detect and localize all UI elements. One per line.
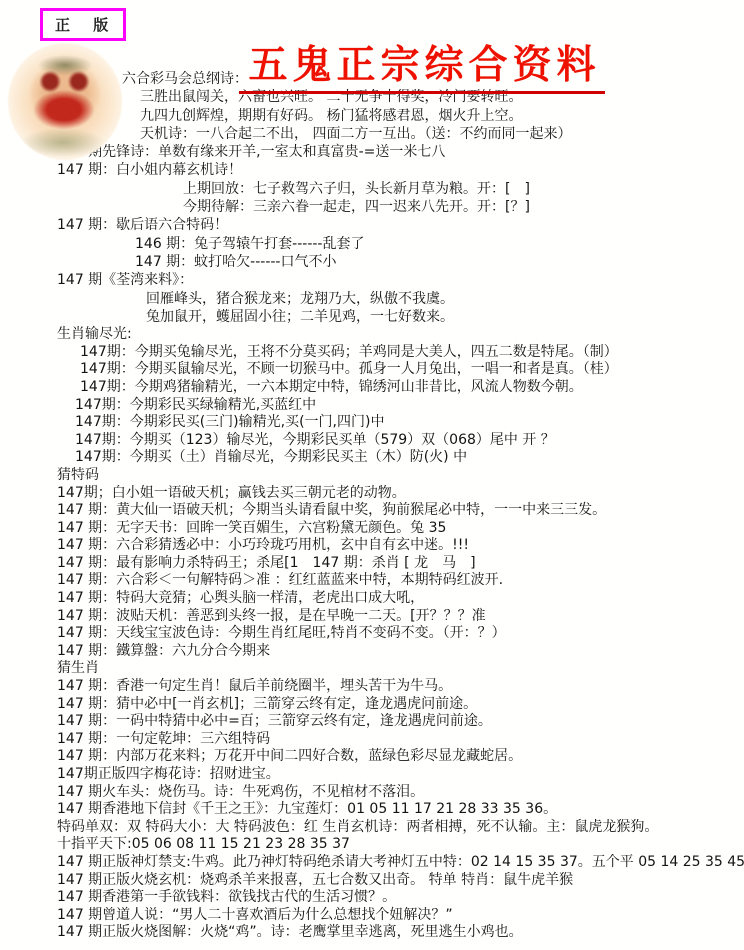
- text-line: 147 期：猜中必中[一肖玄机]；三箭穿云终有定，逢龙遇虎问前途。: [0, 696, 744, 714]
- text-line: 147 期：一码中特猜中必中=百；三箭穿云终有定，逢龙遇虎问前途。: [0, 713, 744, 731]
- text-line: 147 期：鐵算盤：六九分合今期来: [0, 643, 744, 661]
- text-line: 回雁峰头，猪合猴龙来；龙翔乃大，纵傲不我虞。: [0, 290, 744, 308]
- text-line: 147 期：六合彩＜一句解特码＞准 ：红红蓝蓝来中特，本期特码红波开.: [0, 572, 744, 590]
- text-line: 147期：今期买（123）输尽光，今期彩民买单（579）双（068）尾中 开 ？: [0, 432, 744, 450]
- text-line: 147 期：一句定乾坤：三六组特码: [0, 731, 744, 749]
- text-line: 147期：今期买（土）肖输尽光，今期彩民买主（木）防(火) 中: [0, 449, 744, 467]
- text-line: 146 期：兔子驾辕午打套------乱套了: [0, 235, 744, 253]
- text-line: 十指平天下:05 06 08 11 15 21 23 28 35 37: [0, 836, 744, 854]
- text-line: 147 期：白小姐内幕玄机诗！: [0, 161, 744, 179]
- text-line: 147 期火车头：烧伤马。诗：牛死鸡伤，不见棺材不落泪。: [0, 784, 744, 802]
- content-body: 六合彩马会总纲诗： 三胜出鼠闯关，六畜也兴旺。 二十无争十得奖，冷门要转旺。 九…: [0, 70, 744, 942]
- text-line: 147 期曾道人说：“男人二十喜欢酒后为什么总想找个妞解决？”: [0, 907, 744, 925]
- text-line: 147 期先锋诗：单数有缘来开羊,一室太和真富贵-=送一米七八: [0, 143, 744, 161]
- text-line: 147期：今期彩民买(三门)输精光,买(一门,四门)中: [0, 414, 744, 432]
- text-line: 147 期：天线宝宝波色诗：今期生肖红尾旺,特肖不变码不变。（开：？）: [0, 625, 744, 643]
- text-line: 兔加鼠开，蠖屈固小往；二羊见鸡，一七好数来。: [0, 308, 744, 326]
- section-heading-cai-tema: 猜特码: [0, 467, 744, 485]
- lottery-info-page: 正 版 五鬼正宗综合资料 六合彩马会总纲诗： 三胜出鼠闯关，六畜也兴旺。 二十无…: [0, 0, 744, 950]
- text-line: 147 期正版火烧玄机：烧鸡杀羊来报喜，五七合数又出奇。 特单 特肖：鼠牛虎羊猴: [0, 872, 744, 890]
- text-line: 147期：今期鸡猪输精光，一六本期定中特，锦绣河山非昔比，风流人物数今朝。: [0, 379, 744, 397]
- section-heading-cai-shengxiao: 猜生肖: [0, 660, 744, 678]
- text-line: 147 期正版神灯禁支:牛鸡。此乃神灯特码绝杀请大考神灯五中特：02 14 15…: [0, 854, 744, 872]
- section-heading-shengxiao: 生肖输尽光:: [0, 326, 744, 344]
- text-line: 147 期：黄大仙一语破天机；今期当头请看鼠中奖，狗前猴尾必中特，一一中来三三发…: [0, 502, 744, 520]
- text-line: 147 期：无字天书：回眸一笑百媚生，六宫粉黛无颜色。兔 35: [0, 520, 744, 538]
- text-line: 147 期《荃湾来料》：: [0, 271, 744, 289]
- text-line: 147 期：香港一句定生肖！鼠后羊前绕圈半，埋头苦干为牛马。: [0, 678, 744, 696]
- text-line: 147 期：特码大竞猜；心舆头脑一样清，老虎出口成大吼，: [0, 590, 744, 608]
- text-line: 147 期：最有影响力杀特码王；杀尾[1 147 期：杀肖 [ 龙 马 ]: [0, 555, 744, 573]
- text-line: 147 期香港地下信封《千王之王》：九宝莲灯：01 05 11 17 21 28…: [0, 801, 744, 819]
- text-line: 147 期：内部万花来料；万花开中间二四好合数，蓝绿色彩尽显龙藏蛇居。: [0, 748, 744, 766]
- text-line: 147 期：歇后语六合特码！: [0, 216, 744, 234]
- text-line: 147期：今期彩民买绿输精光,买蓝红中: [0, 397, 744, 415]
- text-line: 147期：今期买兔输尽光，王将不分莫买码；羊鸡同是大美人，四五二数是特尾。（制）: [0, 344, 744, 362]
- text-line: 147 期正版火烧图解：火烧“鸡”。诗：老鹰掌里幸逃离，死里逃生小鸡也。: [0, 924, 744, 942]
- text-line: 147 期香港第一手欲钱料：欲钱找古代的生活习惯？。: [0, 889, 744, 907]
- text-line: 147 期：六合彩猜透必中：小巧玲珑巧用机，玄中自有玄中迷。!!!: [0, 537, 744, 555]
- text-line: 147 期：蚊打哈欠------口气不小: [0, 253, 744, 271]
- text-line: 147 期：波贴天机：善恶到头终一报，是在早晚一二天。[开？？？准: [0, 608, 744, 626]
- page-title: 五鬼正宗综合资料: [130, 42, 714, 94]
- text-line: 上期回放：七子救驾六子归，头长新月草为粮。开：[ ]: [0, 180, 744, 198]
- text-line: 147期正版四字梅花诗：招财进宝。: [0, 766, 744, 784]
- page-title-text: 五鬼正宗综合资料: [239, 42, 604, 94]
- portrait-photo: [8, 43, 122, 160]
- authentic-badge: 正 版: [40, 8, 126, 41]
- text-line: 特码单双：双 特码大小：大 特码波色：红 生肖玄机诗：两者相搏，死不认输。主：鼠…: [0, 819, 744, 837]
- text-line: 今期待解：三亲六眷一起走，四一迟来八先开。开：[？]: [0, 198, 744, 216]
- text-line: 147期；白小姐一语破天机；赢钱去买三朝元老的动物。: [0, 485, 744, 503]
- text-line: 147期：今期买鼠输尽光，不顾一切猴马中。孤身一人月兔出，一唱一和者是真。（桂）: [0, 361, 744, 379]
